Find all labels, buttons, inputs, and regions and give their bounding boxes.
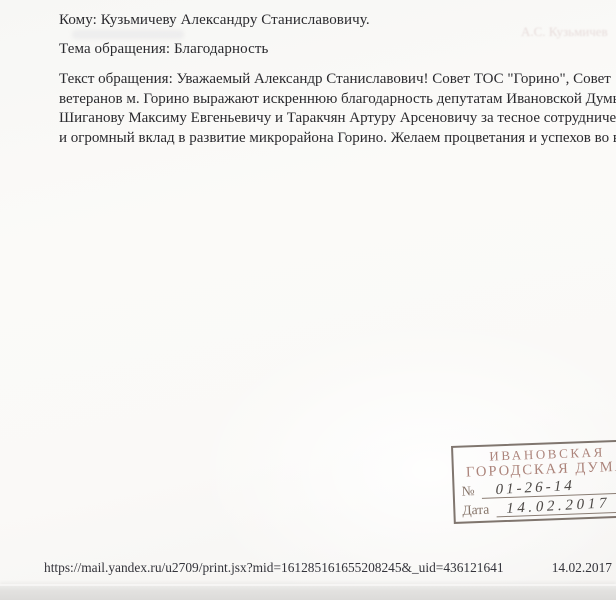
body-line: Текст обращения: Уважаемый Александр Ста… [59, 70, 616, 90]
body-line: ветеранов м. Горино выражают искреннюю б… [59, 90, 616, 110]
letter-body: Текст обращения: Уважаемый Александр Ста… [59, 70, 616, 148]
recipient-line: Кому: Кузьмичеву Александру Станиславови… [59, 12, 370, 29]
body-line: и огромный вклад в развитие микрорайона … [59, 129, 616, 149]
stamp-date-handwritten: 14.02.2017 [505, 495, 611, 518]
stamp-number-label: № [461, 483, 474, 499]
stamp-date-label: Дата [462, 502, 489, 519]
print-url: https://mail.yandex.ru/u2709/print.jsx?m… [44, 560, 504, 576]
subject-line: Тема обращения: Благодарность [59, 41, 268, 58]
bleed-through-text: А.С. Кузьмичев [521, 24, 608, 40]
scanned-letter-page: А.С. Кузьмичев Кому: Кузьмичеву Александ… [0, 0, 616, 600]
print-footer: https://mail.yandex.ru/u2709/print.jsx?m… [44, 560, 612, 576]
body-line: Шиганову Максиму Евгеньевичу и Таракчян … [59, 109, 616, 129]
registration-stamp: ИВАНОВСКАЯ ГОРОДСКАЯ ДУМА № 01-26-14 Дат… [451, 439, 616, 524]
print-date: 14.02.2017 [552, 560, 612, 576]
ink-smudge [72, 30, 184, 39]
scan-edge-band [0, 584, 616, 600]
